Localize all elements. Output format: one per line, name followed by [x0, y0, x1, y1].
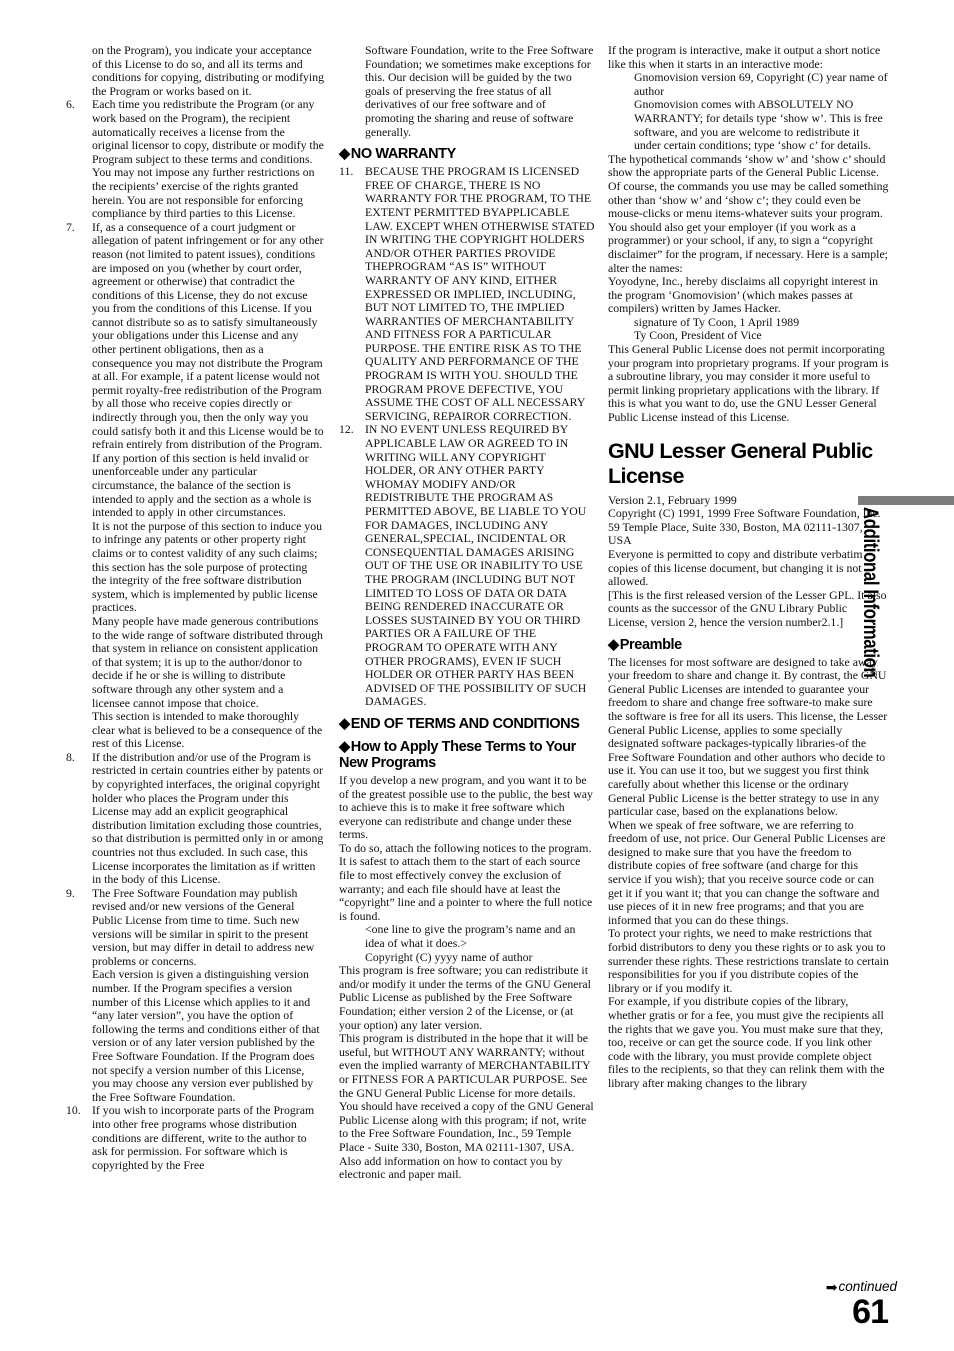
section-tab-bar [858, 496, 954, 505]
text-paragraph: The hypothetical commands ‘show w’ and ‘… [608, 153, 889, 221]
list-item-body: If the distribution and/or use of the Pr… [92, 751, 324, 887]
diamond-bullet-icon: ◆ [339, 146, 350, 162]
text-paragraph: Many people have made generous contribut… [92, 615, 324, 710]
text-paragraph: BECAUSE THE PROGRAM IS LICENSED FREE OF … [365, 165, 595, 423]
continued-label: continued [838, 1279, 897, 1294]
text-paragraph: If the program is interactive, make it o… [608, 44, 889, 71]
text-paragraph: Gnomovision version 69, Copyright (C) ye… [634, 71, 889, 98]
text-paragraph: Ty Coon, President of Vice [634, 329, 889, 343]
indented-notice-block: Gnomovision version 69, Copyright (C) ye… [634, 71, 889, 153]
indented-notice-block: <one line to give the program’s name and… [365, 923, 595, 964]
text-paragraph: You should also get your employer (if yo… [608, 221, 889, 275]
paragraph-block: The licenses for most software are desig… [608, 656, 889, 1091]
heading-text: How to Apply These Terms to Your New Pro… [339, 739, 576, 771]
list-item-number: 6. [66, 98, 92, 112]
list-item-9: 9.The Free Software Foundation may publi… [66, 887, 324, 1105]
list-item-body: Each time you redistribute the Program (… [92, 98, 324, 220]
text-paragraph: If the distribution and/or use of the Pr… [92, 751, 324, 887]
list-item-number: 7. [66, 221, 92, 235]
paragraph-block: This program is free software; you can r… [339, 964, 595, 1182]
heading-gnu-lesser-general-public-license: GNU Lesser General Public License [608, 439, 889, 489]
paragraph-block: on the Program), you indicate your accep… [92, 44, 324, 98]
text-paragraph: Version 2.1, February 1999 [608, 494, 889, 508]
list-item-body: The Free Software Foundation may publish… [92, 887, 324, 1105]
text-paragraph: The licenses for most software are desig… [608, 656, 889, 819]
list-item-12: 12.IN NO EVENT UNLESS REQUIRED BY APPLIC… [339, 423, 595, 708]
heading-text: Preamble [620, 637, 682, 653]
text-paragraph: This program is free software; you can r… [339, 964, 595, 1032]
text-paragraph: This program is distributed in the hope … [339, 1032, 595, 1100]
text-paragraph: on the Program), you indicate your accep… [92, 44, 324, 98]
list-item-8: 8.If the distribution and/or use of the … [66, 751, 324, 887]
text-paragraph: If, as a consequence of a court judgment… [92, 221, 324, 452]
paragraph-block: This General Public License does not per… [608, 343, 889, 425]
heading-text: GNU Lesser General Public License [608, 439, 873, 488]
text-paragraph: You should have received a copy of the G… [339, 1100, 595, 1154]
diamond-bullet-icon: ◆ [339, 739, 350, 755]
right-arrow-icon: ➡ [826, 1280, 838, 1294]
text-paragraph: If you wish to incorporate parts of the … [92, 1104, 324, 1172]
paragraph-block: Version 2.1, February 1999Copyright (C) … [608, 494, 889, 630]
list-item-number: 11. [339, 165, 365, 179]
heading-preamble: ◆Preamble [608, 637, 889, 653]
text-paragraph: Copyright (C) yyyy name of author [365, 951, 595, 965]
paragraph-block: The hypothetical commands ‘show w’ and ‘… [608, 153, 889, 316]
paragraph-block: If you develop a new program, and you wa… [339, 774, 595, 924]
text-paragraph: Each time you redistribute the Program (… [92, 98, 324, 220]
text-paragraph: To protect your rights, we need to make … [608, 927, 889, 995]
text-paragraph: For example, if you distribute copies of… [608, 995, 889, 1090]
section-tab-label: Additional Information [858, 507, 882, 677]
license-column-3: If the program is interactive, make it o… [608, 44, 889, 1091]
text-paragraph: This General Public License does not per… [608, 343, 889, 425]
list-item-number: 8. [66, 751, 92, 765]
list-item-body: IN NO EVENT UNLESS REQUIRED BY APPLICABL… [365, 423, 595, 708]
heading-text: END OF TERMS AND CONDITIONS [351, 716, 580, 732]
text-paragraph: signature of Ty Coon, 1 April 1989 [634, 316, 889, 330]
list-item-11: 11.BECAUSE THE PROGRAM IS LICENSED FREE … [339, 165, 595, 423]
diamond-bullet-icon: ◆ [608, 637, 619, 653]
text-paragraph: If you develop a new program, and you wa… [339, 774, 595, 842]
list-item-number: 9. [66, 887, 92, 901]
list-item-number: 12. [339, 423, 365, 437]
diamond-bullet-icon: ◆ [339, 716, 350, 732]
heading-how-to-apply-these-terms-to-your-new-pro: ◆How to Apply These Terms to Your New Pr… [339, 739, 595, 771]
heading-text: NO WARRANTY [351, 146, 456, 162]
text-paragraph: To do so, attach the following notices t… [339, 842, 595, 924]
text-paragraph: Also add information on how to contact y… [339, 1155, 595, 1182]
text-paragraph: <one line to give the program’s name and… [365, 923, 595, 950]
text-paragraph: 59 Temple Place, Suite 330, Boston, MA 0… [608, 521, 889, 548]
indented-notice-block: signature of Ty Coon, 1 April 1989Ty Coo… [634, 316, 889, 343]
heading-no-warranty: ◆NO WARRANTY [339, 146, 595, 162]
text-paragraph: The Free Software Foundation may publish… [92, 887, 324, 969]
text-paragraph: Copyright (C) 1991, 1999 Free Software F… [608, 507, 889, 521]
license-column-1: on the Program), you indicate your accep… [66, 44, 324, 1172]
page-number: 61 [852, 1295, 888, 1329]
text-paragraph: It is not the purpose of this section to… [92, 520, 324, 615]
text-paragraph: IN NO EVENT UNLESS REQUIRED BY APPLICABL… [365, 423, 595, 708]
text-paragraph: If any portion of this section is held i… [92, 452, 324, 520]
text-paragraph: [This is the first released version of t… [608, 589, 889, 630]
license-column-2: Software Foundation, write to the Free S… [339, 44, 595, 1182]
text-paragraph: When we speak of free software, we are r… [608, 819, 889, 928]
text-paragraph: Software Foundation, write to the Free S… [365, 44, 595, 139]
list-item-6: 6.Each time you redistribute the Program… [66, 98, 324, 220]
list-item-body: BECAUSE THE PROGRAM IS LICENSED FREE OF … [365, 165, 595, 423]
list-item-body: If you wish to incorporate parts of the … [92, 1104, 324, 1172]
list-item-number: 10. [66, 1104, 92, 1118]
heading-end-of-terms-and-conditions: ◆END OF TERMS AND CONDITIONS [339, 716, 595, 732]
text-paragraph: Each version is given a distinguishing v… [92, 968, 324, 1104]
text-paragraph: Yoyodyne, Inc., hereby disclaims all cop… [608, 275, 889, 316]
list-item-10: 10.If you wish to incorporate parts of t… [66, 1104, 324, 1172]
paragraph-block: If the program is interactive, make it o… [608, 44, 889, 71]
list-item-7: 7.If, as a consequence of a court judgme… [66, 221, 324, 751]
text-paragraph: Gnomovision comes with ABSOLUTELY NO WAR… [634, 98, 889, 152]
text-paragraph: Everyone is permitted to copy and distri… [608, 548, 889, 589]
paragraph-block: Software Foundation, write to the Free S… [365, 44, 595, 139]
continued-note: ➡ continued [826, 1279, 897, 1294]
list-item-body: If, as a consequence of a court judgment… [92, 221, 324, 751]
text-paragraph: This section is intended to make thoroug… [92, 710, 324, 751]
